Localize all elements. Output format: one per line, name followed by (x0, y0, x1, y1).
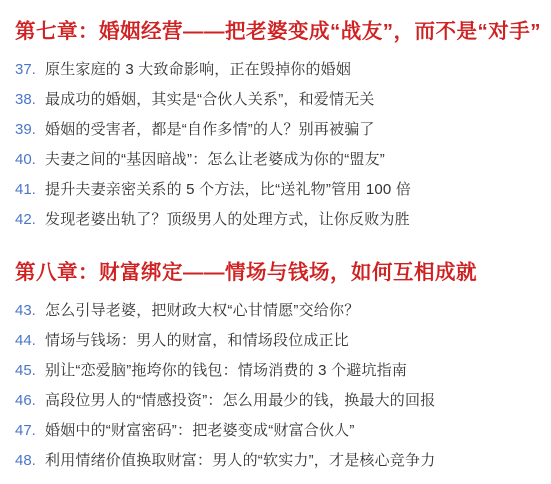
toc-item-number: 42. (15, 205, 38, 235)
chapter-8-item-list: 43. 怎么引导老婆，把财政大权“心甘情愿”交给你？ 44. 情场与钱场：男人的… (15, 296, 541, 476)
toc-item-text: 情场与钱场：男人的财富，和情场段位成正比 (45, 326, 349, 356)
toc-item-45: 45. 别让“恋爱脑”拖垮你的钱包：情场消费的 3 个避坑指南 (15, 356, 541, 386)
toc-item-number: 46. (15, 386, 38, 416)
chapter-7-item-list: 37. 原生家庭的 3 大致命影响，正在毁掉你的婚姻 38. 最成功的婚姻，其实… (15, 55, 541, 235)
toc-item-40: 40. 夫妻之间的“基因暗战”：怎么让老婆成为你的“盟友” (15, 145, 541, 175)
toc-item-text: 婚姻的受害者，都是“自作多情”的人？别再被骗了 (45, 115, 375, 145)
chapter-8-title: 第八章：财富绑定——情场与钱场，如何互相成就 (15, 259, 541, 287)
toc-item-37: 37. 原生家庭的 3 大致命影响，正在毁掉你的婚姻 (15, 55, 541, 85)
toc-item-text: 最成功的婚姻，其实是“合伙人关系”，和爱情无关 (45, 85, 375, 115)
toc-page: 第七章：婚姻经营——把老婆变成“战友”，而不是“对手” 37. 原生家庭的 3 … (0, 0, 551, 484)
toc-item-number: 45. (15, 356, 38, 386)
toc-item-text: 利用情绪价值换取财富：男人的“软实力”，才是核心竞争力 (45, 446, 435, 476)
toc-item-text: 夫妻之间的“基因暗战”：怎么让老婆成为你的“盟友” (45, 145, 385, 175)
toc-item-number: 38. (15, 85, 38, 115)
toc-item-text: 提升夫妻亲密关系的 5 个方法，比“送礼物”管用 100 倍 (45, 175, 411, 205)
chapter-7-title: 第七章：婚姻经营——把老婆变成“战友”，而不是“对手” (15, 18, 541, 46)
toc-item-text: 发现老婆出轨了？顶级男人的处理方式，让你反败为胜 (45, 205, 410, 235)
toc-item-number: 43. (15, 296, 38, 326)
toc-item-text: 高段位男人的“情感投资”：怎么用最少的钱，换最大的回报 (45, 386, 435, 416)
toc-item-text: 别让“恋爱脑”拖垮你的钱包：情场消费的 3 个避坑指南 (45, 356, 407, 386)
toc-item-number: 47. (15, 416, 38, 446)
toc-item-text: 原生家庭的 3 大致命影响，正在毁掉你的婚姻 (45, 55, 351, 85)
toc-item-38: 38. 最成功的婚姻，其实是“合伙人关系”，和爱情无关 (15, 85, 541, 115)
toc-item-46: 46. 高段位男人的“情感投资”：怎么用最少的钱，换最大的回报 (15, 386, 541, 416)
toc-item-text: 怎么引导老婆，把财政大权“心甘情愿”交给你？ (45, 296, 359, 326)
toc-item-number: 39. (15, 115, 38, 145)
toc-item-42: 42. 发现老婆出轨了？顶级男人的处理方式，让你反败为胜 (15, 205, 541, 235)
toc-item-text: 婚姻中的“财富密码”：把老婆变成“财富合伙人” (45, 416, 355, 446)
toc-item-number: 48. (15, 446, 38, 476)
toc-item-number: 44. (15, 326, 38, 356)
toc-item-47: 47. 婚姻中的“财富密码”：把老婆变成“财富合伙人” (15, 416, 541, 446)
toc-item-41: 41. 提升夫妻亲密关系的 5 个方法，比“送礼物”管用 100 倍 (15, 175, 541, 205)
toc-item-43: 43. 怎么引导老婆，把财政大权“心甘情愿”交给你？ (15, 296, 541, 326)
toc-item-48: 48. 利用情绪价值换取财富：男人的“软实力”，才是核心竞争力 (15, 446, 541, 476)
toc-item-number: 41. (15, 175, 38, 205)
toc-item-number: 37. (15, 55, 38, 85)
toc-item-39: 39. 婚姻的受害者，都是“自作多情”的人？别再被骗了 (15, 115, 541, 145)
toc-item-44: 44. 情场与钱场：男人的财富，和情场段位成正比 (15, 326, 541, 356)
toc-item-number: 40. (15, 145, 38, 175)
